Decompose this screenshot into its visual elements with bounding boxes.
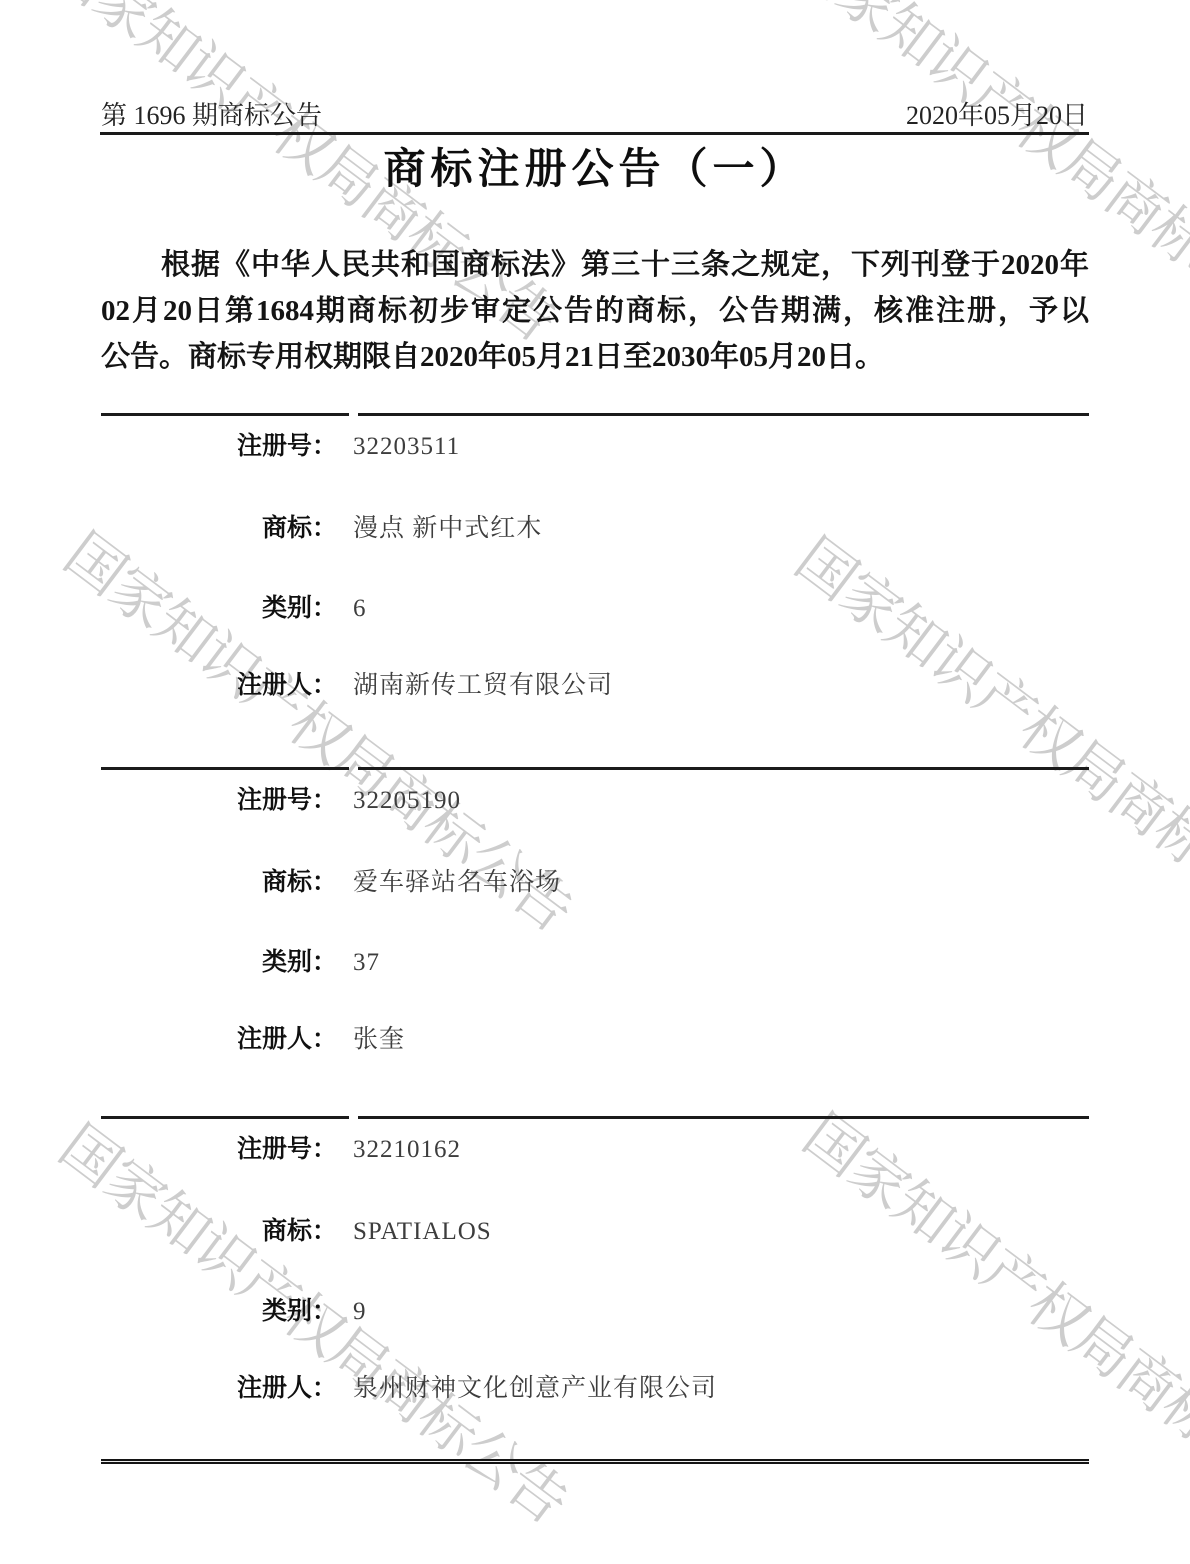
reg-no-label: 注册号：	[101, 1133, 337, 1167]
reg-no-row: 注册号： 32203511	[101, 430, 1089, 464]
header-issue-label: 第 1696 期商标公告	[101, 95, 322, 132]
entry-block: 注册号： 32210162 商标： SPATIALOS 类别： 9 注册人： 泉…	[101, 1116, 1089, 1426]
trademark-row: 商标： 漫点 新中式红木	[101, 512, 1089, 546]
divider-segment	[358, 767, 1089, 770]
trademark-row: 商标： 爱车驿站名车浴场	[101, 866, 1089, 900]
registrant-value: 湖南新传工贸有限公司	[353, 669, 613, 703]
trademark-label: 商标：	[101, 866, 337, 900]
trademark-value: 漫点 新中式红木	[353, 512, 542, 546]
registrant-row: 注册人： 湖南新传工贸有限公司	[101, 669, 1089, 703]
reg-no-label: 注册号：	[101, 784, 337, 818]
intro-line: 公告。商标专用权期限自2020年05月21日至2030年05月20日。	[101, 334, 1089, 380]
registrant-value: 泉州财神文化创意产业有限公司	[353, 1372, 717, 1406]
reg-no-value: 32203511	[353, 430, 460, 464]
category-value: 37	[353, 946, 380, 980]
reg-no-value: 32210162	[353, 1133, 461, 1167]
trademark-value: SPATIALOS	[353, 1215, 492, 1249]
trademark-label: 商标：	[101, 512, 337, 546]
entry-block: 注册号： 32203511 商标： 漫点 新中式红木 类别： 6 注册人： 湖南…	[101, 413, 1089, 723]
registrant-label: 注册人：	[101, 1372, 337, 1406]
divider-segment	[358, 413, 1089, 416]
page-content: 第 1696 期商标公告 2020年05月20日 商标注册公告（一） 根据《中华…	[0, 0, 1190, 1564]
trademark-label: 商标：	[101, 1215, 337, 1249]
category-row: 类别： 6	[101, 592, 1089, 626]
trademark-row: 商标： SPATIALOS	[101, 1215, 1089, 1249]
category-label: 类别：	[101, 592, 337, 626]
reg-no-row: 注册号： 32205190	[101, 784, 1089, 818]
bottom-divider	[101, 1459, 1089, 1464]
category-value: 6	[353, 592, 367, 626]
intro-paragraph: 根据《中华人民共和国商标法》第三十三条之规定，下列刊登于2020年 02月20日…	[101, 242, 1089, 380]
divider-segment	[101, 767, 349, 770]
header-divider	[100, 132, 1089, 135]
reg-no-row: 注册号： 32210162	[101, 1133, 1089, 1167]
divider-segment	[358, 1116, 1089, 1119]
category-label: 类别：	[101, 946, 337, 980]
divider-segment	[101, 1116, 349, 1119]
divider-segment	[101, 413, 349, 416]
registrant-value: 张奎	[353, 1023, 405, 1057]
category-value: 9	[353, 1295, 367, 1329]
trademark-value: 爱车驿站名车浴场	[353, 866, 561, 900]
reg-no-label: 注册号：	[101, 430, 337, 464]
registrant-row: 注册人： 泉州财神文化创意产业有限公司	[101, 1372, 1089, 1406]
category-label: 类别：	[101, 1295, 337, 1329]
intro-line: 根据《中华人民共和国商标法》第三十三条之规定，下列刊登于2020年	[101, 242, 1089, 288]
registrant-row: 注册人： 张奎	[101, 1023, 1089, 1057]
intro-line: 02月20日第1684期商标初步审定公告的商标，公告期满，核准注册，予以	[101, 288, 1089, 334]
page-title: 商标注册公告（一）	[101, 147, 1089, 193]
header-date: 2020年05月20日	[906, 95, 1088, 132]
entry-divider	[101, 767, 1089, 770]
gazette-page: 国家知识产权局商标公告 国家知识产权局商标公告 国家知识产权局商标公告 国家知识…	[0, 0, 1190, 1564]
entry-divider	[101, 413, 1089, 416]
entry-block: 注册号： 32205190 商标： 爱车驿站名车浴场 类别： 37 注册人： 张…	[101, 767, 1089, 1077]
registrant-label: 注册人：	[101, 669, 337, 703]
registrant-label: 注册人：	[101, 1023, 337, 1057]
entry-divider	[101, 1116, 1089, 1119]
category-row: 类别： 9	[101, 1295, 1089, 1329]
category-row: 类别： 37	[101, 946, 1089, 980]
reg-no-value: 32205190	[353, 784, 461, 818]
